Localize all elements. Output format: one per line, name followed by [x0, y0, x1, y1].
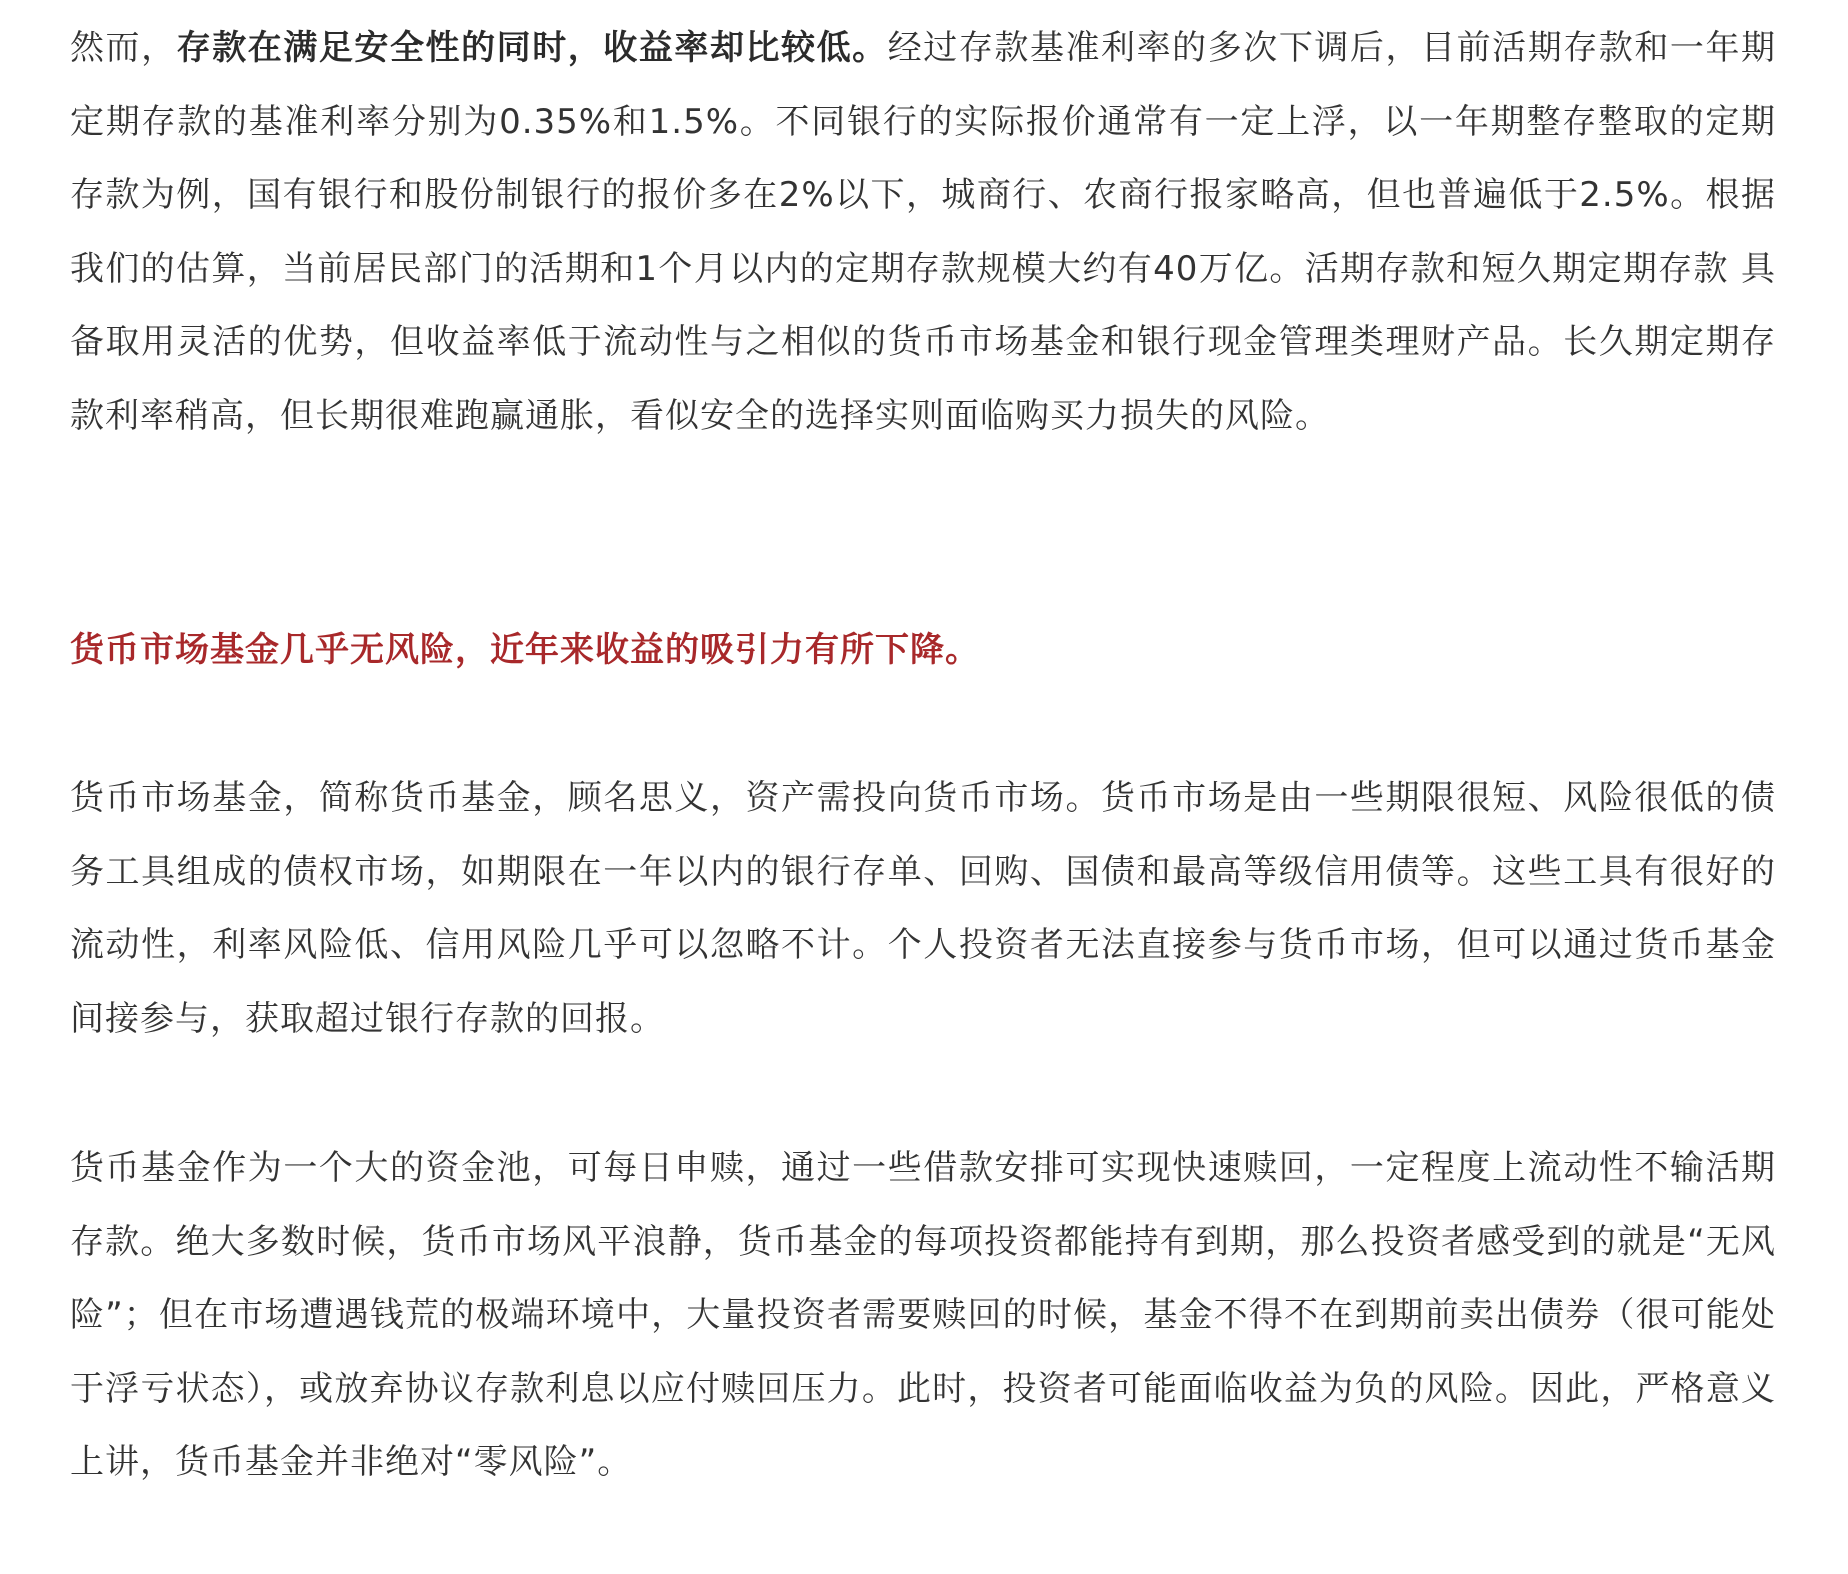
- section-heading-money-market: 货币市场基金几乎无风险，近年来收益的吸引力有所下降。: [70, 614, 980, 688]
- paragraph-money-market-risk: 货币基金作为一个大的资金池，可每日申赎，通过一些借款安排可实现快速赎回，一定程度…: [70, 1132, 1776, 1500]
- paragraph-lead: 然而，: [70, 28, 177, 68]
- paragraph-bold-emphasis: 存款在满足安全性的同时，收益率却比较低。: [177, 28, 888, 68]
- paragraph-deposits: 然而，存款在满足安全性的同时，收益率却比较低。经过存款基准利率的多次下调后，目前…: [70, 12, 1776, 454]
- paragraph-body: 经过存款基准利率的多次下调后，目前活期存款和一年期定期存款的基准利率分别为0.3…: [70, 28, 1776, 436]
- paragraph-money-market-intro: 货币市场基金，简称货币基金，顾名思义，资产需投向货币市场。货币市场是由一些期限很…: [70, 762, 1776, 1056]
